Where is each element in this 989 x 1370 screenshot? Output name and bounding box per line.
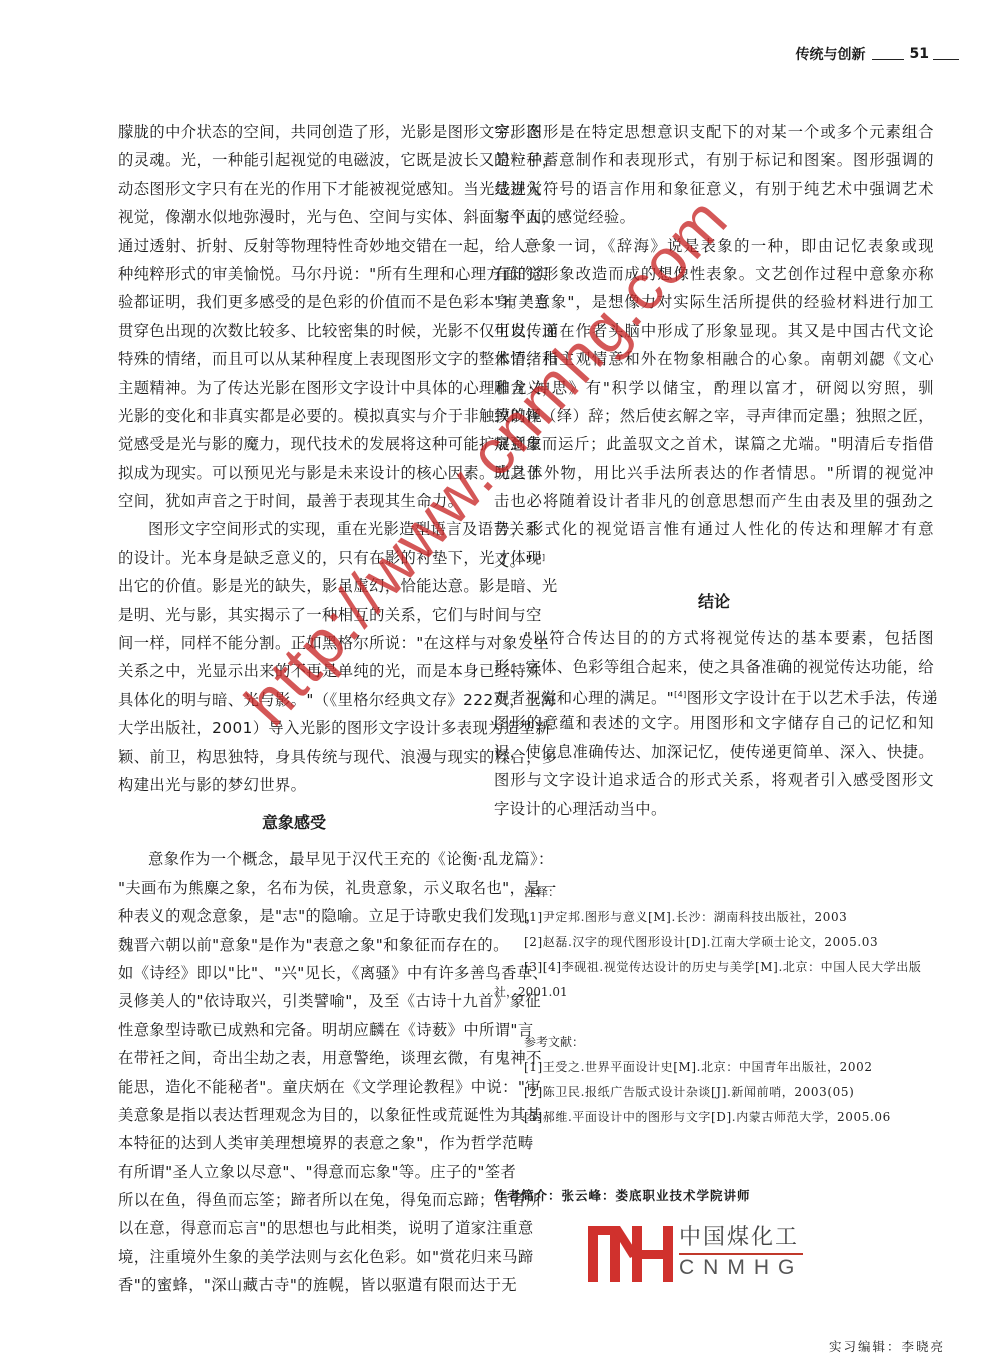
text-line: 拟成为现实。可以预见光与影是未来设计的核心因素。光之于 — [118, 459, 470, 487]
text-line: 意象作为一个概念，最早见于汉代王充的《论衡·乱龙篇》： — [118, 845, 470, 873]
text-line: 所以在鱼，得鱼而忘筌；蹄者所以在兔，得兔而忘蹄；言者所 — [118, 1186, 470, 1214]
text-line: 穷。图形是在特定思想意识支配下的对某一个或多个元素组合 — [494, 118, 934, 146]
section-title-imagery: 意象感受 — [118, 809, 470, 837]
text-line: 是明、光与影，其实揭示了一种相互的关系，它们与时间与空 — [118, 601, 470, 629]
text-line: 的灵魂。光，一种能引起视觉的电磁波，它既是波长又是粒子， — [118, 146, 470, 174]
text-line: 美意象是指以表达哲理观念为目的，以象征性或荒诞性为其基 — [118, 1101, 470, 1129]
text-line: 的设计。光本身是缺乏意义的，只有在影的衬垫下，光才体现 — [118, 544, 470, 572]
citation-marker: [4] — [674, 690, 687, 699]
author-bio: 作者简介：张云峰：娄底职业技术学院讲师 — [494, 1186, 751, 1204]
text-line: 本特征的达到人类审美理想境界的表意之象"，作为哲学范畴 — [118, 1129, 470, 1157]
text-line: 具体化的明与暗、光与影。"（《里格尔经典文存》222页，上海 — [118, 686, 470, 714]
mh-logo-icon — [588, 1224, 673, 1282]
text-line: 术语，指主观情意和外在物象相融合的心象。南朝刘勰《文心 — [494, 345, 934, 373]
text-line: 图形的意蕴和表述的文字。用图形和文字储存自己的记忆和知 — [494, 709, 934, 737]
citation-marker: [3] — [533, 553, 546, 562]
notes-title: 注释： — [494, 880, 934, 905]
text-line: 光影的变化和非真实都是必要的。模拟真实与介于非触摸的视 — [118, 402, 470, 430]
text-line: 通过透射、折射、反射等物理特性奇妙地交错在一起，给人一 — [118, 232, 470, 260]
paragraph-graphics: 穷。图形是在特定思想意识支配下的对某一个或多个元素组合的一种蓄意制作和表现形式，… — [494, 118, 934, 232]
text-line: 助具体外物，用比兴手法所表达的作者情思。"所谓的视觉冲 — [494, 459, 934, 487]
logo-chinese-name: 中国煤化工 — [679, 1225, 803, 1255]
header-rule — [872, 59, 904, 60]
text-line: 观者视觉和心理的满足。"[4]图形文字设计在于以艺术手法，传递 — [494, 681, 934, 709]
text-line: 致以怿（绎）辞；然后使玄解之宰，寻声律而定墨；独照之匠， — [494, 402, 934, 430]
text-line: 图形文字空间形式的实现，重在光影造型语言及语言关系 — [118, 515, 470, 543]
note-item: [1]尹定邦.图形与意义[M].长沙：湖南科技出版社，2003 — [494, 905, 934, 930]
paragraph-light-shadow: 朦胧的中介状态的空间，共同创造了形，光影是图形文字形态的灵魂。光，一种能引起视觉… — [118, 118, 470, 515]
left-column: 朦胧的中介状态的空间，共同创造了形，光影是图形文字形态的灵魂。光，一种能引起视觉… — [118, 118, 470, 1300]
text-line: 的一种蓄意制作和表现形式，有别于标记和图案。图形强调的 — [494, 146, 934, 174]
text-line: 出它的价值。影是光的缺失，影虽虚幻，恰能达意。影是暗、光 — [118, 572, 470, 600]
text-line: 有知觉形象改造而成的想像性表象。文艺创作过程中意象亦称 — [494, 260, 934, 288]
note-item-continuation: 社，2001.01 — [494, 980, 934, 1005]
editor-credit: 实习编辑：李晓亮 — [829, 1337, 945, 1355]
text-line: 验都证明，我们更多感受的是色彩的价值而不是色彩本身。"当 — [118, 288, 470, 316]
text-line: "夫画布为熊麋之象，名布为侯，礼贵意象，示义取名也"，是一 — [118, 874, 470, 902]
text-line: 意象一词，《辞海》说是表象的一种，即由记忆表象或现 — [494, 232, 934, 260]
reference-item: [2]陈卫民.报纸广告版式设计杂谈[J].新闻前哨，2003(05) — [494, 1080, 934, 1105]
text-line: 境，注重境外生象的美学法则与玄化色彩。如"赏花归来马蹄 — [118, 1243, 470, 1271]
page-number: 51 — [910, 46, 929, 62]
text-line: 家个人的感觉经验。 — [494, 203, 934, 231]
paragraph-imagery-definition: 意象一词，《辞海》说是表象的一种，即由记忆表象或现有知觉形象改造而成的想像性表象… — [494, 232, 934, 573]
logo-english-name: CNMHG — [679, 1255, 803, 1281]
text-line: 种表义的观念意象，是"志"的隐喻。立足于诗歌史我们发现， — [118, 902, 470, 930]
notes-section: 注释： [1]尹定邦.图形与意义[M].长沙：湖南科技出版社，2003 [2]赵… — [494, 880, 934, 1005]
section-title-conclusion: 结论 — [494, 588, 934, 616]
text-line: 大学出版社，2001）导入光影的图形文字设计多表现为造型新 — [118, 714, 470, 742]
text-line: "审美意象"，是想像力对实际生活所提供的经验材料进行加工 — [494, 288, 934, 316]
note-item: [3][4]李砚祖.视觉传达设计的历史与美学[M].北京：中国人民大学出版 — [494, 955, 934, 980]
paragraph-imagery: 意象作为一个概念，最早见于汉代王充的《论衡·乱龙篇》："夫画布为熊麋之象，名布为… — [118, 845, 470, 1299]
text-line: 朦胧的中介状态的空间，共同创造了形，光影是图形文字形态 — [118, 118, 470, 146]
text-line: 生发，而在作者头脑中形成了形象显现。其又是中国古代文论 — [494, 317, 934, 345]
note-item: [2]赵磊.汉字的现代图形设计[D].江南大学硕士论文，2005.03 — [494, 930, 934, 955]
text-line: 灵修美人的"依诗取兴，引类譬喻"，及至《古诗十九首》象征 — [118, 987, 470, 1015]
text-line: 窥意象而运斤；此盖驭文之首术，谋篇之尤端。"明清后专指借 — [494, 430, 934, 458]
text-line: 以在意，得意而忘言"的思想也与此相类，说明了道家注重意 — [118, 1214, 470, 1242]
text-line: 有所谓"圣人立象以尽意"、"得意而忘象"等。庄子的"筌者 — [118, 1158, 470, 1186]
paragraph-conclusion: "以符合传达目的的方式将视觉传达的基本要素，包括图形、字体、色彩等组合起来，使之… — [494, 624, 934, 823]
paragraph-spatial-form: 图形文字空间形式的实现，重在光影造型语言及语言关系的设计。光本身是缺乏意义的，只… — [118, 515, 470, 799]
section-name: 传统与创新 — [796, 44, 866, 64]
reference-item: [3]郝维.平面设计中的图形与文字[D].内蒙古师范大学，2005.06 — [494, 1105, 934, 1130]
text-line: 动态图形文字只有在光的作用下才能被视觉感知。当光线进入 — [118, 175, 470, 203]
text-line: 能思，造化不能秘者"。童庆炳在《文学理论教程》中说："审 — [118, 1073, 470, 1101]
text-line: 在带衽之间，奇出尘劫之表，用意警绝，谈理玄微，有鬼神不 — [118, 1044, 470, 1072]
text-line: 击也必将随着设计者非凡的创意思想而产生由表及里的强劲之 — [494, 487, 934, 515]
running-header: 传统与创新 51 — [796, 44, 959, 64]
text-line: 义。"[3] — [494, 544, 934, 572]
right-column: 穷。图形是在特定思想意识支配下的对某一个或多个元素组合的一种蓄意制作和表现形式，… — [494, 118, 934, 823]
text-line: 视觉，像潮水似地弥漫时，光与色、空间与实体、斜面与平面， — [118, 203, 470, 231]
text-line: 字设计的心理活动当中。 — [494, 795, 934, 823]
reference-item: [1]王受之.世界平面设计史[M].北京：中国青年出版社，2002 — [494, 1055, 934, 1080]
text-line: 关系之中，光显示出来的不再是单纯的光，而是本身已经特殊 — [118, 657, 470, 685]
text-line: 主题精神。为了传达光影在图形文字设计中具体的心理和含义， — [118, 374, 470, 402]
header-rule — [933, 59, 959, 60]
text-line: 性意象型诗歌已成熟和完备。明胡应麟在《诗薮》中所谓"言 — [118, 1016, 470, 1044]
text-line: 空间，犹如声音之于时间，最善于表现其生命力。 — [118, 487, 470, 515]
text-line: 形、字体、色彩等组合起来，使之具备准确的视觉传达功能，给 — [494, 653, 934, 681]
references-title: 参考文献： — [494, 1030, 934, 1055]
text-line: 是视觉符号的语言作用和象征意义，有别于纯艺术中强调艺术 — [494, 175, 934, 203]
text-line: 觉感受是光与影的魔力，现代技术的发展将这种可能扩展到虚 — [118, 430, 470, 458]
text-line: 贯穿色出现的次数比较多、比较密集的时候，光影不仅可以传递 — [118, 317, 470, 345]
text-line: 香"的蜜蜂，"深山藏古寺"的旌幌，皆以驱遣有限而达于无 — [118, 1271, 470, 1299]
text-line: 种纯粹形式的审美愉悦。马尔丹说："所有生理和心理方面的实 — [118, 260, 470, 288]
cnmhg-logo: 中国煤化工 CNMHG — [588, 1224, 803, 1282]
text-line: 魏晋六朝以前"意象"是作为"表意之象"和象征而存在的。 — [118, 931, 470, 959]
text-line: 颖、前卫，构思独特，身具传统与现代、浪漫与现实的糅合，多 — [118, 743, 470, 771]
text-line: 势，形式化的视觉语言惟有通过人性化的传达和理解才有意 — [494, 515, 934, 543]
text-line: 识，使信息准确传达、加深记忆，使传递更简单、深入、快捷。 — [494, 738, 934, 766]
text-line: "以符合传达目的的方式将视觉传达的基本要素，包括图 — [494, 624, 934, 652]
text-line: 构建出光与影的梦幻世界。 — [118, 771, 470, 799]
text-line: 间一样，同样不能分割。正如黑格尔所说："在这样与对象发生 — [118, 629, 470, 657]
text-line: 特殊的情绪，而且可以从某种程度上表现图形文字的整体情绪和 — [118, 345, 470, 373]
references-section: 参考文献： [1]王受之.世界平面设计史[M].北京：中国青年出版社，2002 … — [494, 1030, 934, 1130]
text-line: 图形与文字设计追求适合的形式关系，将观者引入感受图形文 — [494, 766, 934, 794]
text-line: 如《诗经》即以"比"、"兴"见长，《离骚》中有许多善鸟香草、 — [118, 959, 470, 987]
text-line: 雕龙·神思》有"积学以储宝，酌理以富才，研阅以穷照，驯 — [494, 374, 934, 402]
